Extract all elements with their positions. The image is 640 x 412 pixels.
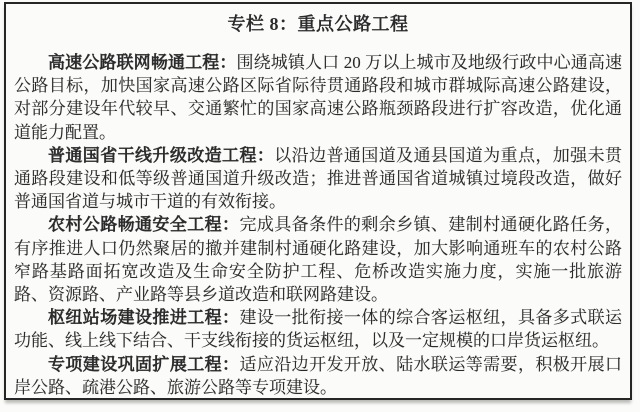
paragraph-hub-station-construction: 枢纽站场建设推进工程：建设一批衔接一体的综合客运枢纽，具备多式联运功能、线上线下… bbox=[14, 306, 622, 352]
paragraph-lead: 普通国省干线升级改造工程： bbox=[48, 146, 274, 165]
paragraph-lead: 高速公路联网畅通工程： bbox=[48, 53, 237, 72]
paragraph-national-provincial-trunk: 普通国省干线升级改造工程：以沿边普通国道及通县国道为重点，加强未贯通路段建设和低… bbox=[14, 144, 622, 214]
paragraph-expressway-network: 高速公路联网畅通工程：围绕城镇人口 20 万以上城市及地级行政中心通高速公路目标… bbox=[14, 51, 622, 144]
paragraph-lead: 专项建设巩固扩展工程： bbox=[48, 355, 239, 374]
column-box: 专栏 8：重点公路工程 高速公路联网畅通工程：围绕城镇人口 20 万以上城市及地… bbox=[4, 2, 632, 400]
paragraph-special-construction: 专项建设巩固扩展工程：适应沿边开发开放、陆水联运等需要，积极开展口岸公路、疏港公… bbox=[14, 353, 622, 399]
paragraph-lead: 农村公路畅通安全工程： bbox=[48, 215, 239, 234]
paragraph-rural-road-safety: 农村公路畅通安全工程：完成具备条件的剩余乡镇、建制村通硬化路任务，有序推进人口仍… bbox=[14, 213, 622, 306]
column-title: 专栏 8：重点公路工程 bbox=[14, 13, 622, 35]
paragraph-lead: 枢纽站场建设推进工程： bbox=[48, 308, 239, 327]
